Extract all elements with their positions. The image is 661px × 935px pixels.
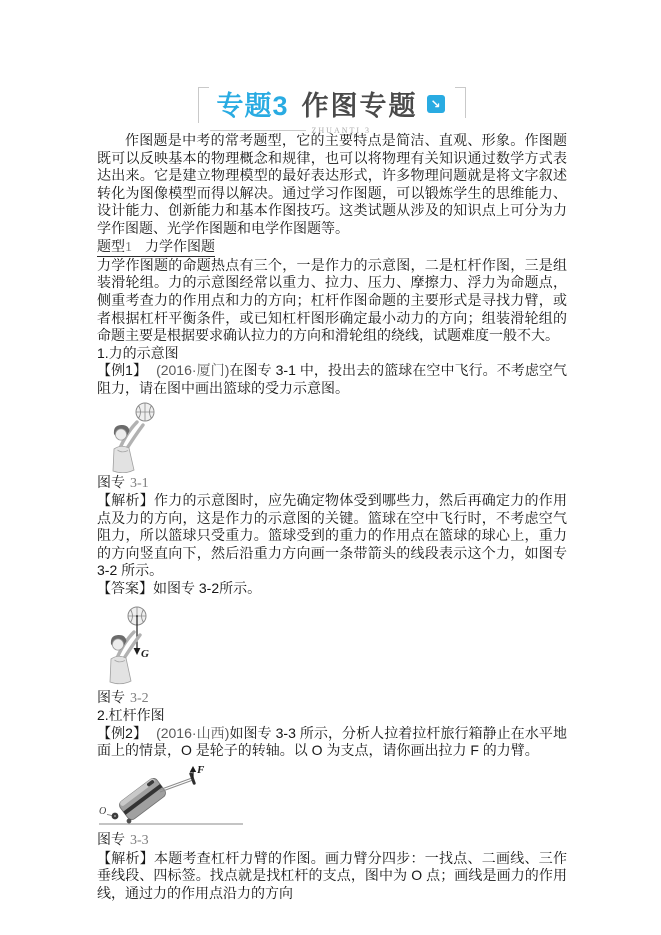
figure-basketball-player-answer: G [100, 604, 567, 688]
figure-suitcase: O F [97, 765, 567, 828]
figure1-caption-number: 3-1 [130, 476, 149, 491]
pivot-label: O [99, 806, 106, 817]
answer1-paragraph: 【答案】如图专 3-2所示。 [97, 580, 567, 598]
banner-topic-number: 专题3 [216, 84, 288, 123]
suitcase-drawing: O F [97, 765, 247, 828]
example1-label: 【例1】 [97, 362, 147, 378]
force-label: F [196, 765, 205, 776]
figure3-caption: 图专3-3 [97, 831, 567, 850]
example1-paragraph: 【例1】(2016·厦门)在图专 3-1 中，投出去的篮球在空中飞行。不考虑空气… [97, 362, 567, 397]
analysis1-text: 作力的示意图时，应先确定物体受到哪些力，然后再确定力的作用点及力的方向，这是作力… [97, 492, 567, 578]
example2-source: (2016·山西) [156, 725, 229, 741]
section1-heading-number: 1 [125, 240, 132, 255]
section1-heading: 题型1力学作图题 [97, 238, 567, 257]
answer1-text: 如图专 3-2所示。 [153, 580, 261, 596]
analysis1-paragraph: 【解析】作力的示意图时，应先确定物体受到哪些力，然后再确定力的作用点及力的方向，… [97, 492, 567, 580]
banner-title-row: 专题3 作图专题 ↘ [208, 84, 454, 123]
player-figure [110, 632, 140, 684]
section1-heading-title: 力学作图题 [145, 238, 215, 254]
figure3-caption-label: 图专 [97, 831, 125, 847]
suitcase-body [118, 776, 168, 821]
pivot-leader-line [107, 815, 112, 816]
document-body: 作图题是中考的常考题型，它的主要特点是简洁、直观、形象。作图题既可以反映基本的物… [97, 132, 567, 902]
banner-title-text: 作图专题 [302, 84, 418, 123]
example2-paragraph: 【例2】(2016·山西)如图专 3-3 所示，分析人拉着拉杆旅行箱静止在水平地… [97, 725, 567, 760]
analysis2-label: 【解析】 [97, 850, 154, 866]
figure2-caption: 图专3-2 [97, 689, 567, 708]
example2-label: 【例2】 [97, 725, 147, 741]
basketball-player-drawing [100, 401, 180, 473]
figure3-caption-number: 3-3 [130, 833, 149, 848]
analysis2-paragraph: 【解析】本题考查杠杆力臂的作图。画力臂分四步：一找点、二画线、三作垂线段、四标签… [97, 850, 567, 903]
arrow-down-right-icon: ↘ [427, 95, 445, 113]
suitcase-foot [127, 819, 132, 824]
sub1-heading: 1.力的示意图 [97, 345, 567, 363]
chapter-banner: 专题3 作图专题 ↘ ZHUANTI 3 [208, 84, 454, 135]
intro-paragraph: 作图题是中考的常考题型，它的主要特点是简洁、直观、形象。作图题既可以反映基本的物… [97, 132, 567, 238]
section1-heading-prefix: 题型 [97, 238, 125, 254]
banner-subtitle-rule [210, 130, 306, 131]
section1-overview: 力学作图题的命题热点有三个，一是作力的示意图，二是杠杆作图，三是组装滑轮组。力的… [97, 257, 567, 345]
document-page: 专题3 作图专题 ↘ ZHUANTI 3 作图题是中考的常考题型，它的主要特点是… [0, 0, 661, 935]
basketball-answer-drawing: G [100, 604, 180, 688]
analysis2-text: 本题考查杠杆力臂的作图。画力臂分四步：一找点、二画线、三作垂线段、四标签。找点就… [97, 850, 567, 901]
gravity-label: G [141, 648, 149, 660]
figure1-caption: 图专3-1 [97, 474, 567, 493]
figure2-caption-label: 图专 [97, 689, 125, 705]
sub2-heading: 2.杠杆作图 [97, 707, 567, 725]
banner-left-bracket [198, 87, 209, 123]
wheel-hub [114, 815, 116, 817]
answer1-label: 【答案】 [97, 580, 153, 596]
figure-basketball-player [100, 401, 567, 473]
section1-heading-underlined: 题型1力学作图题 [97, 238, 215, 257]
analysis1-label: 【解析】 [97, 492, 154, 508]
player-figure [113, 422, 143, 473]
basketball-icon [136, 403, 154, 421]
example1-source: (2016·厦门) [156, 362, 229, 378]
figure1-caption-label: 图专 [97, 474, 125, 490]
banner-right-bracket [455, 87, 466, 118]
figure2-caption-number: 3-2 [130, 691, 149, 706]
